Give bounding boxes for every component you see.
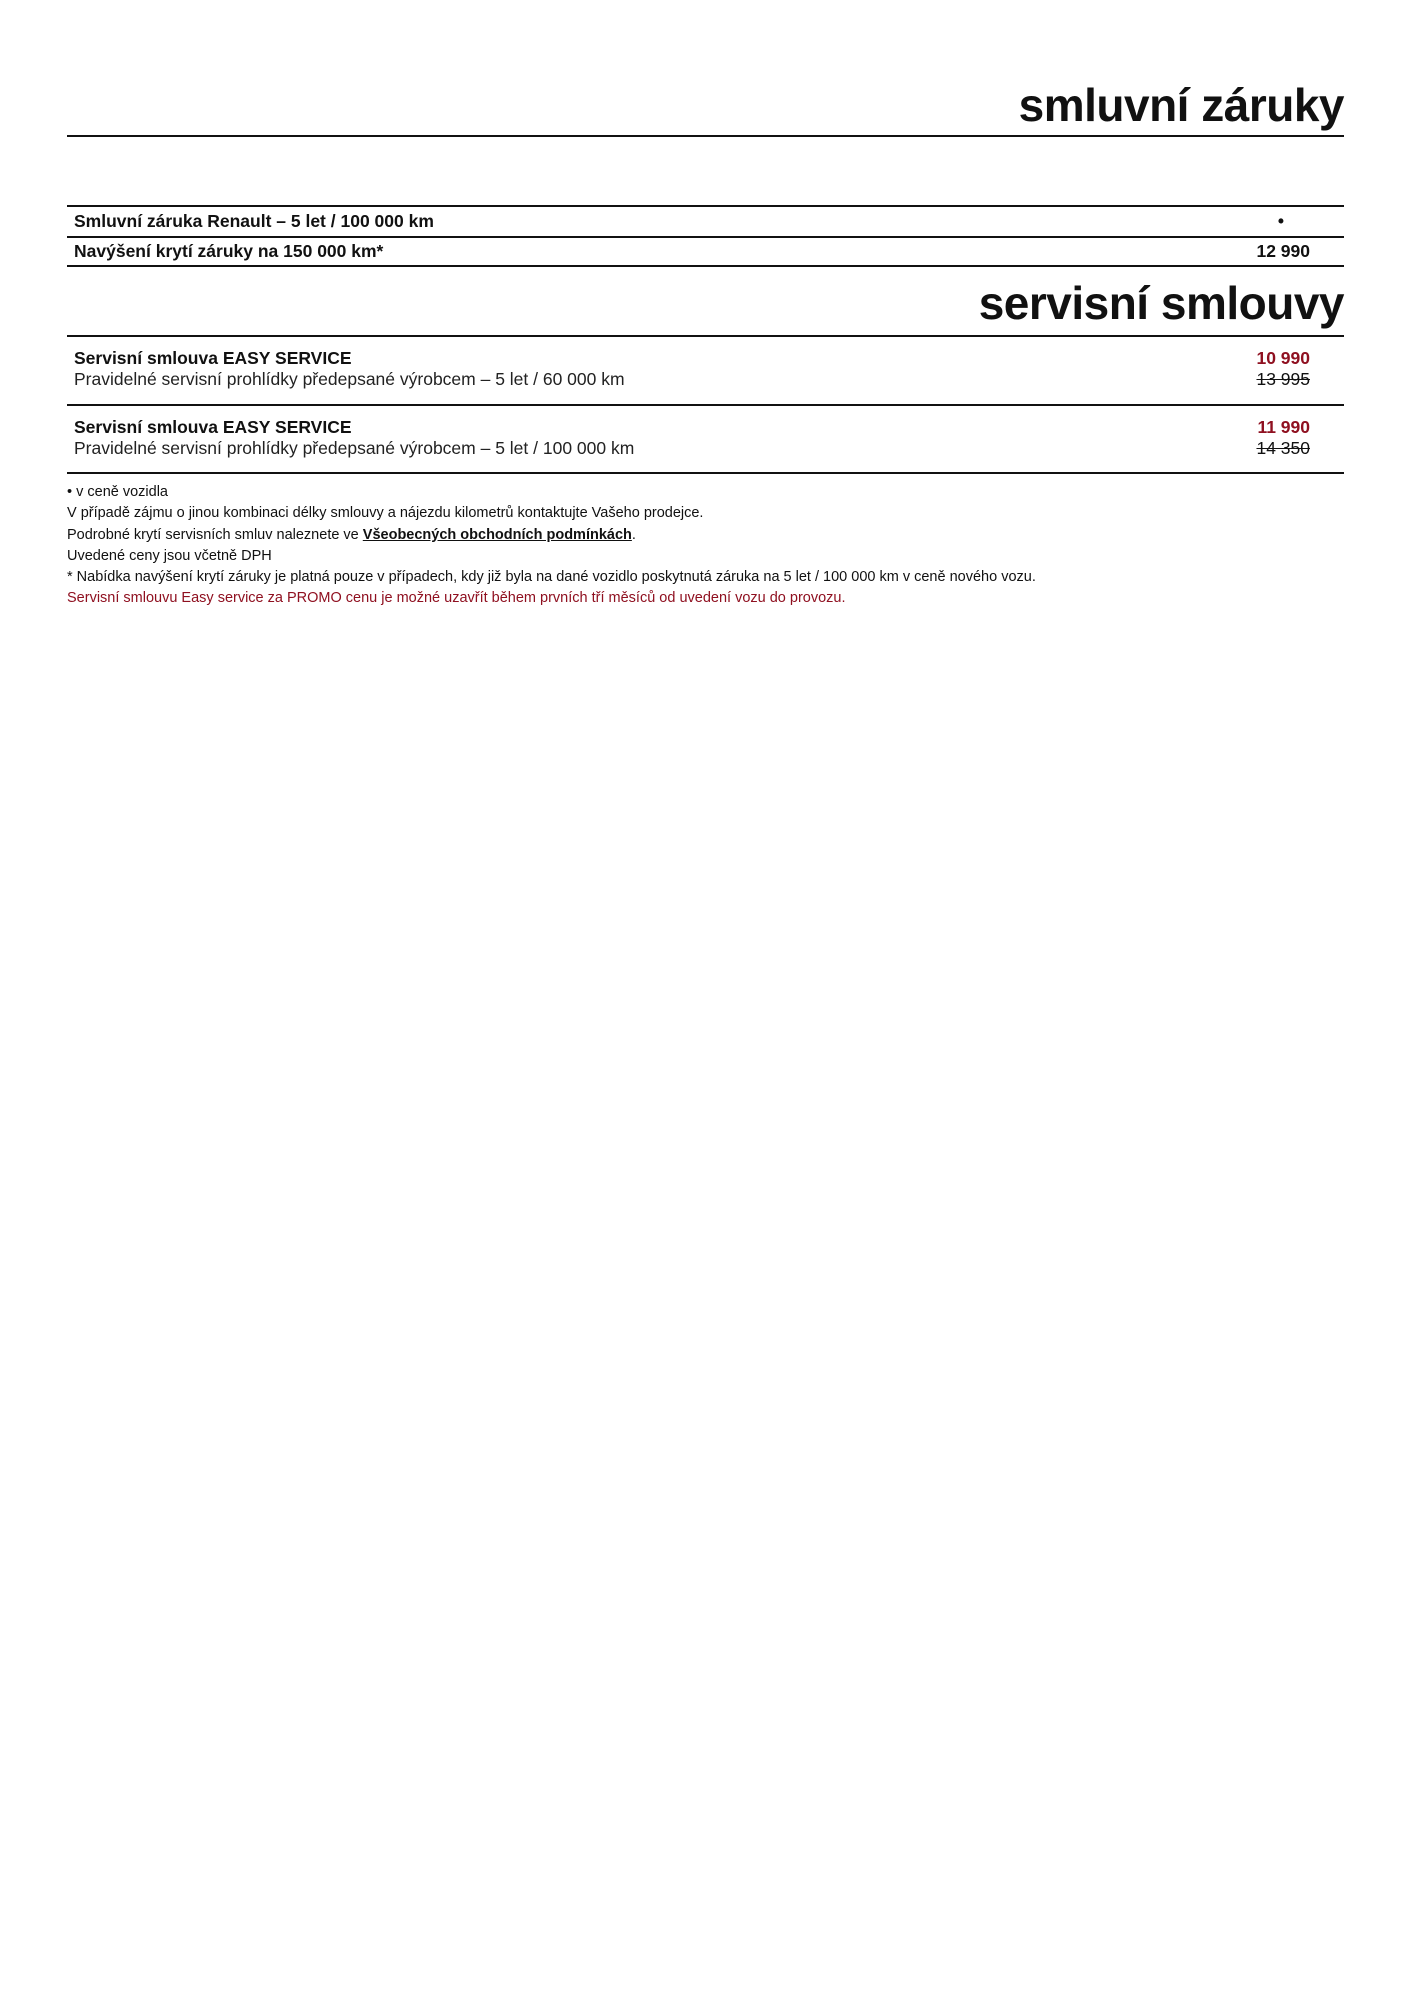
footnotes: • v ceně vozidla V případě zájmu o jinou… bbox=[67, 482, 1036, 610]
asterisk-note: * Nabídka navýšení krytí záruky je platn… bbox=[67, 567, 1036, 588]
warranty-row-label: Navýšení krytí záruky na 150 000 km* bbox=[74, 241, 383, 262]
warranty-row: Navýšení krytí záruky na 150 000 km* 12 … bbox=[67, 237, 1344, 266]
promo-price: 11 990 bbox=[1257, 417, 1310, 438]
table-divider bbox=[67, 472, 1344, 474]
heading-divider bbox=[67, 135, 1344, 137]
warranty-row-price: 12 990 bbox=[1256, 241, 1310, 262]
warranty-heading: smluvní záruky bbox=[1019, 82, 1344, 128]
promo-price: 10 990 bbox=[1256, 348, 1310, 369]
service-row: Servisní smlouva EASY SERVICE Pravidelné… bbox=[67, 405, 1344, 472]
included-bullet: • bbox=[1278, 211, 1284, 232]
bullet-legend: • v ceně vozidla bbox=[67, 482, 1036, 503]
warranty-row: Smluvní záruka Renault – 5 let / 100 000… bbox=[67, 206, 1344, 236]
original-price: 13 995 bbox=[1256, 369, 1310, 390]
original-price: 14 350 bbox=[1256, 438, 1310, 459]
service-heading: servisní smlouvy bbox=[979, 280, 1344, 326]
table-divider bbox=[67, 265, 1344, 267]
service-row: Servisní smlouva EASY SERVICE Pravidelné… bbox=[67, 336, 1344, 404]
service-title: Servisní smlouva EASY SERVICE bbox=[74, 417, 352, 438]
service-description: Pravidelné servisní prohlídky předepsané… bbox=[74, 369, 625, 390]
terms-link[interactable]: Všeobecných obchodních podmínkách bbox=[363, 527, 632, 543]
terms-note: Podrobné krytí servisních smluv naleznet… bbox=[67, 525, 1036, 546]
contact-note: V případě zájmu o jinou kombinaci délky … bbox=[67, 503, 1036, 524]
service-title: Servisní smlouva EASY SERVICE bbox=[74, 348, 352, 369]
service-description: Pravidelné servisní prohlídky předepsané… bbox=[74, 438, 634, 459]
warranty-row-label: Smluvní záruka Renault – 5 let / 100 000… bbox=[74, 211, 434, 232]
vat-note: Uvedené ceny jsou včetně DPH bbox=[67, 546, 1036, 567]
promo-note: Servisní smlouvu Easy service za PROMO c… bbox=[67, 588, 1036, 609]
